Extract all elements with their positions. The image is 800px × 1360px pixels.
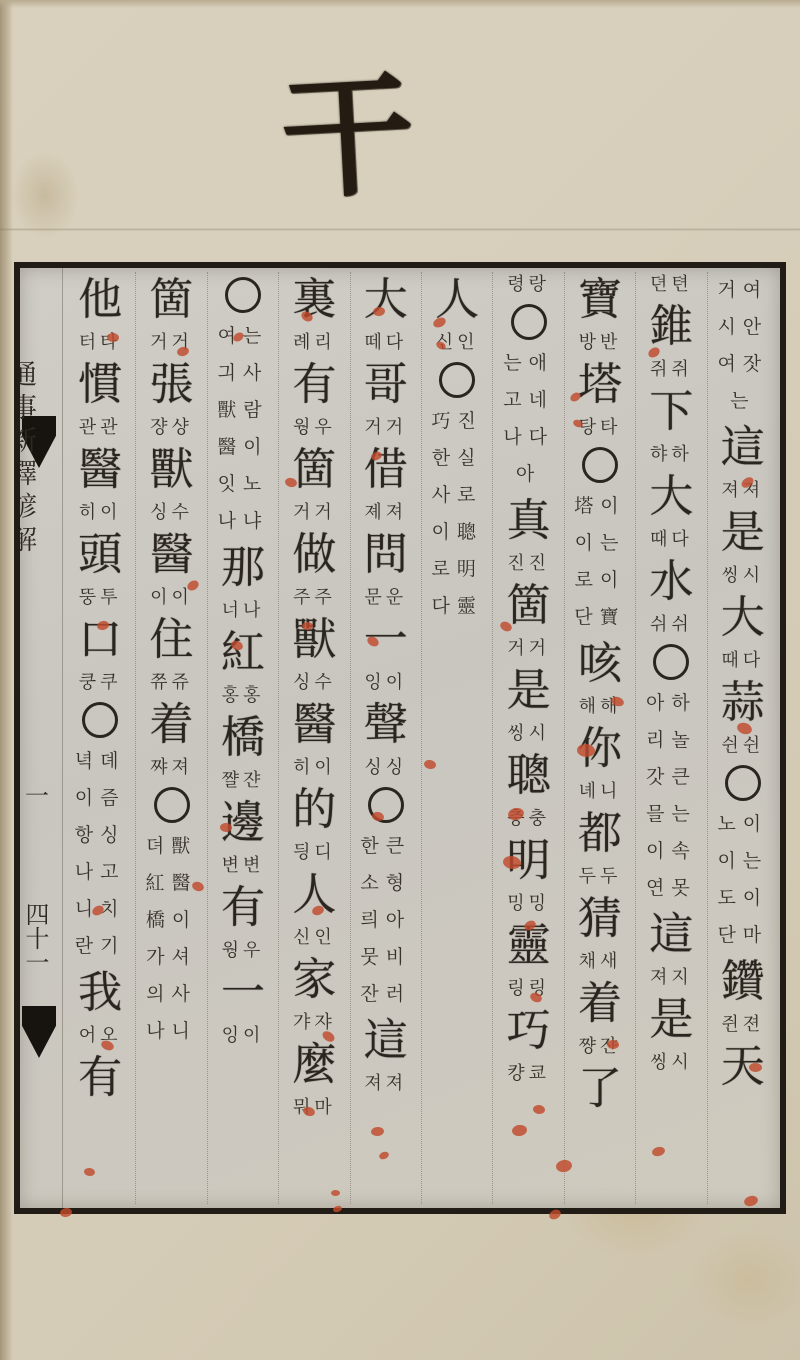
hangul-pronunciation-pair: 웡우 (293, 415, 336, 442)
spine-title: 通事新釋諺解 (20, 360, 40, 558)
hangul-pronunciation-pair: 씽시 (507, 721, 550, 748)
hangul-pronunciation-pair: 신인 (293, 925, 336, 952)
hangul-pronunciation-pair: 홍홍 (222, 683, 265, 710)
hanja-cell: 住 (150, 612, 194, 670)
text-column-5: 人신인巧진한실사로이聰로明다靈 (421, 272, 492, 1204)
hangul-translation-block: 는애고네나다아 (503, 345, 554, 493)
hangul-translation-block: 녁뎨이즘항싱나고니치란기 (75, 743, 126, 965)
hangul-pronunciation-pair: 잉이 (222, 1023, 265, 1050)
paper-crease (0, 228, 800, 231)
circle-separator (582, 447, 618, 483)
hanja-cell: 張 (150, 357, 194, 415)
lower-fishtail-mark (22, 1006, 56, 1058)
hangul-pronunciation-pair: 밍밍 (507, 891, 550, 918)
hanja-cell: 醫 (150, 527, 194, 585)
hanja-cell: 了 (578, 1061, 622, 1119)
hangul-pronunciation-pair: 히이 (293, 755, 336, 782)
hangul-pronunciation-pair: 쮸쥬 (150, 670, 193, 697)
translation-row: 뭇비 (360, 939, 411, 976)
hanja-cell: 大 (364, 272, 408, 330)
hangul-pronunciation-pair: 싱수 (150, 500, 193, 527)
hangul-translation-block: 塔이이는로이단寶 (574, 488, 625, 636)
hangul-pronunciation-pair: 거거 (150, 330, 193, 357)
hanja-cell: 人 (435, 272, 479, 330)
hangul-pronunciation-pair: 링링 (507, 976, 550, 1003)
hangul-pronunciation-pair: 져지 (650, 965, 693, 992)
translation-row: 노이 (717, 806, 768, 843)
translation-row: 고네 (503, 382, 554, 419)
text-column-3: 寶방반塔탕타塔이이는로이단寶咳해해你녜니都두두猜채새着쨩쟌了 (564, 272, 635, 1204)
hangul-pronunciation-pair: 컁쿄 (507, 1061, 550, 1088)
hangul-pronunciation-pair: 딍디 (293, 840, 336, 867)
circle-separator (225, 277, 261, 313)
translation-row: 巧진 (431, 403, 482, 440)
translation-row: 로이 (575, 562, 626, 599)
hangul-pronunciation-pair: 관관 (79, 415, 122, 442)
hangul-pronunciation-pair: 거거 (364, 415, 407, 442)
hangul-translation-block: 巧진한실사로이聰로明다靈 (431, 403, 482, 625)
hangul-pronunciation-pair: 방반 (579, 330, 622, 357)
hangul-pronunciation-pair: 문운 (364, 585, 407, 612)
hanja-cell: 蒜 (721, 675, 765, 733)
text-columns: 거여시안여잣는這져져是씽시大때다蒜쉰쉰노이이는도이단마鑽쥔젼天뎐텬錐쥐쥐下햐하大… (63, 268, 780, 1208)
translation-row: 단寶 (574, 599, 625, 636)
paper-top-edge (0, 0, 800, 8)
hanja-cell: 醫 (292, 697, 336, 755)
hanja-cell: 做 (292, 527, 336, 585)
translation-row: 이속 (646, 833, 697, 870)
circle-separator (511, 304, 547, 340)
translation-row: 나다 (503, 419, 554, 456)
hanja-cell: 這 (649, 907, 693, 965)
hanja-cell: 那 (221, 540, 265, 598)
hangul-translation-block: 여는긔사獸람醫이잇노나냐 (217, 318, 268, 540)
hangul-pronunciation-pair: 신인 (436, 330, 479, 357)
hanja-cell: 邊 (221, 795, 265, 853)
hanja-cell: 有 (78, 1050, 122, 1108)
hangul-pronunciation-pair: 어오 (79, 1023, 122, 1050)
translation-row: 의사 (146, 976, 197, 1013)
hanja-cell: 是 (507, 663, 551, 721)
hangul-pronunciation-pair: 씽시 (721, 563, 764, 590)
hanja-cell: 一 (221, 965, 265, 1023)
hanja-cell: 真 (507, 493, 551, 551)
hanja-cell: 裏 (292, 272, 336, 330)
hangul-pronunciation-pair: 히이 (79, 500, 122, 527)
hangul-pronunciation-pair: 충충 (507, 806, 550, 833)
translation-row: 塔이 (574, 488, 625, 525)
translation-row: 니치 (75, 891, 126, 928)
hanja-cell: 水 (649, 554, 693, 612)
hangul-pronunciation-pair: 쨔져 (150, 755, 193, 782)
translation-row: 란기 (75, 928, 126, 965)
circle-separator (653, 644, 689, 680)
hangul-pronunciation-pair: 해해 (579, 694, 622, 721)
hanja-cell: 的 (292, 782, 336, 840)
translation-row: 나고 (75, 854, 126, 891)
hanja-cell: 是 (649, 992, 693, 1050)
hanja-cell: 都 (578, 806, 622, 864)
hangul-pronunciation-pair: 쥐쥐 (650, 357, 693, 384)
hanja-cell: 家 (292, 952, 336, 1010)
hanja-cell: 哥 (364, 357, 408, 415)
circle-separator (368, 787, 404, 823)
hanja-cell: 獸 (292, 612, 336, 670)
translation-row: 한실 (432, 440, 483, 477)
hangul-pronunciation-pair: 져져 (721, 478, 764, 505)
volume-number: 一 (22, 776, 52, 811)
hangul-pronunciation-pair: 뎐텬 (650, 272, 693, 299)
hangul-pronunciation-pair: 졔져 (364, 500, 407, 527)
hangul-translation-block: 노이이는도이단마 (717, 806, 768, 954)
translation-row: 아 (516, 456, 541, 493)
translation-row: 이聰 (431, 514, 482, 551)
circle-separator (725, 765, 761, 801)
translation-row: 긔사 (218, 355, 269, 392)
hangul-pronunciation-pair: 녜니 (579, 779, 622, 806)
hanja-cell: 大 (721, 590, 765, 648)
hanja-cell: 人 (292, 867, 336, 925)
hangul-translation-block: 뎌獸紅醫橋이가셔의사나니 (146, 828, 198, 1050)
translation-row: 는 (730, 383, 755, 420)
translation-row: 이즘 (75, 780, 126, 817)
handwritten-character: 干 (264, 54, 433, 232)
translation-row: 獸람 (217, 392, 268, 429)
translation-row: 이는 (575, 525, 626, 562)
hangul-pronunciation-pair: 쉰쉰 (721, 733, 764, 760)
hangul-pronunciation-pair: 잉이 (364, 670, 407, 697)
hanja-cell: 獸 (150, 442, 194, 500)
translation-row: 가셔 (146, 939, 197, 976)
translation-row: 시안 (717, 309, 768, 346)
paper-stain (690, 1230, 800, 1330)
hanja-cell: 下 (649, 384, 693, 442)
hanja-cell: 咳 (578, 636, 622, 694)
hanja-cell: 明 (507, 833, 551, 891)
paper-left-edge (0, 0, 13, 1360)
hangul-pronunciation-pair: 쉬쉬 (650, 612, 693, 639)
translation-row: 로明 (431, 551, 482, 588)
translation-row: 여는 (218, 318, 269, 355)
translation-row: 나냐 (218, 503, 269, 540)
hanja-cell: 麼 (292, 1037, 336, 1095)
hangul-pronunciation-pair: 뚱투 (79, 585, 122, 612)
hangul-pronunciation-pair: 주주 (293, 585, 336, 612)
hangul-pronunciation-pair: 터타 (79, 330, 122, 357)
translation-row: 잇노 (218, 466, 269, 503)
hanja-cell: 口 (78, 612, 122, 670)
hangul-pronunciation-pair: 쨩쟌 (579, 1034, 622, 1061)
hanja-cell: 我 (78, 965, 122, 1023)
translation-row: 橋이 (146, 902, 197, 939)
hanja-cell: 大 (649, 469, 693, 527)
hangul-pronunciation-pair: 쥔젼 (721, 1012, 764, 1039)
hanja-cell: 着 (578, 976, 622, 1034)
hanja-cell: 有 (221, 880, 265, 938)
hanja-cell: 問 (364, 527, 408, 585)
hangul-pronunciation-pair: 변변 (222, 853, 265, 880)
hanja-cell: 這 (721, 420, 765, 478)
translation-row: 醫이 (217, 429, 268, 466)
translation-row: 도이 (717, 880, 768, 917)
translation-row: 여잣 (717, 346, 768, 383)
translation-row: 한큰 (360, 828, 411, 865)
text-column-1: 거여시안여잣는這져져是씽시大때다蒜쉰쉰노이이는도이단마鑽쥔젼天 (707, 272, 778, 1204)
hangul-pronunciation-pair: 령랑 (507, 272, 550, 299)
hangul-pronunciation-pair: 떼다 (364, 330, 407, 357)
translation-row: 믈는 (646, 796, 697, 833)
text-column-6: 大떼다哥거거借졔져問문운一잉이聲싱싱한큰소형릐아뭇비잔러這져져 (350, 272, 421, 1204)
hangul-pronunciation-pair: 례리 (293, 330, 336, 357)
hanja-cell: 箇 (292, 442, 336, 500)
hanja-cell: 着 (150, 697, 194, 755)
text-column-10: 他터타慣관관醫히이頭뚱투口쿵쿠녁뎨이즘항싱나고니치란기我어오有 (65, 272, 135, 1204)
text-column-7: 裏례리有웡우箇거거做주주獸싱수醫히이的딍디人신인家갸쟈麼뭐마 (278, 272, 349, 1204)
text-column-8: 여는긔사獸람醫이잇노나냐那너나紅홍홍橋쨜쟌邊변변有웡우一잉이 (207, 272, 278, 1204)
hangul-pronunciation-pair: 채새 (579, 949, 622, 976)
hangul-pronunciation-pair: 진진 (507, 551, 550, 578)
hangul-translation-block: 한큰소형릐아뭇비잔러 (360, 828, 411, 1013)
hangul-pronunciation-pair: 때다 (650, 527, 693, 554)
translation-row: 갓큰 (646, 759, 697, 796)
hangul-pronunciation-pair: 쟝샹 (150, 415, 193, 442)
hangul-pronunciation-pair: 거거 (293, 500, 336, 527)
hanja-cell: 是 (721, 505, 765, 563)
hanja-cell: 他 (78, 272, 122, 330)
circle-separator (82, 702, 118, 738)
hangul-pronunciation-pair: 갸쟈 (293, 1010, 336, 1037)
hanja-cell: 借 (364, 442, 408, 500)
hanja-cell: 這 (364, 1013, 408, 1071)
translation-row: 사로 (432, 477, 483, 514)
hangul-pronunciation-pair: 이이 (150, 585, 193, 612)
circle-separator (439, 362, 475, 398)
translation-row: 뎌獸 (146, 828, 197, 865)
translation-row: 이는 (717, 843, 768, 880)
translation-row: 紅醫 (146, 865, 198, 902)
hangul-pronunciation-pair: 두두 (579, 864, 622, 891)
hanja-cell: 你 (578, 721, 622, 779)
translation-row: 연못 (646, 870, 697, 907)
text-column-9: 箇거거張쟝샹獸싱수醫이이住쮸쥬着쨔져뎌獸紅醫橋이가셔의사나니 (135, 272, 206, 1204)
hanja-cell: 箇 (150, 272, 194, 330)
hangul-pronunciation-pair: 싱싱 (364, 755, 407, 782)
hanja-cell: 鑽 (721, 954, 765, 1012)
hangul-pronunciation-pair: 웡우 (222, 938, 265, 965)
hanja-cell: 猜 (578, 891, 622, 949)
translation-row: 릐아 (360, 902, 411, 939)
translation-row: 다靈 (431, 588, 482, 625)
hanja-cell: 天 (721, 1039, 765, 1097)
translation-row: 항싱 (75, 817, 126, 854)
hanja-cell: 錐 (649, 299, 693, 357)
hanja-cell: 慣 (78, 357, 122, 415)
translation-row: 거여 (717, 272, 768, 309)
translation-row: 는애 (503, 345, 554, 382)
hanja-cell: 一 (364, 612, 408, 670)
hanja-cell: 聲 (364, 697, 408, 755)
hanja-cell: 寶 (578, 272, 622, 330)
translation-row: 잔러 (360, 976, 411, 1013)
hanja-cell: 醫 (78, 442, 122, 500)
hanja-cell: 有 (292, 357, 336, 415)
text-column-4: 령랑는애고네나다아真진진箇거거是씽시聰충충明밍밍靈링링巧컁쿄 (492, 272, 563, 1204)
translation-row: 단마 (717, 917, 768, 954)
hanja-cell: 頭 (78, 527, 122, 585)
hangul-pronunciation-pair: 씽시 (650, 1050, 693, 1077)
hangul-pronunciation-pair: 너나 (222, 598, 265, 625)
translation-row: 소형 (360, 865, 411, 902)
hangul-translation-block: 아하리놀갓큰믈는이속연못 (646, 685, 697, 907)
hanja-cell: 橋 (221, 710, 265, 768)
circle-separator (154, 787, 190, 823)
hangul-pronunciation-pair: 햐하 (650, 442, 693, 469)
hangul-pronunciation-pair: 뭐마 (293, 1095, 336, 1122)
page-number: 四十一 (22, 878, 52, 998)
translation-row: 아하 (646, 685, 697, 722)
hangul-translation-block: 거여시안여잣는 (717, 272, 768, 420)
paper-stain (10, 150, 80, 240)
hanja-cell: 巧 (507, 1003, 551, 1061)
hangul-pronunciation-pair: 쨜쟌 (222, 768, 265, 795)
hanja-cell: 塔 (578, 357, 622, 415)
hanja-cell: 靈 (507, 918, 551, 976)
translation-row: 나니 (146, 1013, 197, 1050)
hangul-pronunciation-pair: 져져 (364, 1071, 407, 1098)
translation-row: 리놀 (646, 722, 697, 759)
hanja-cell: 箇 (507, 578, 551, 636)
hangul-pronunciation-pair: 쿵쿠 (79, 670, 122, 697)
printed-text-block: 通事新釋諺解 一 四十一 거여시안여잣는這져져是씽시大때다蒜쉰쉰노이이는도이단마… (14, 262, 786, 1214)
book-page-scan: 干 通事新釋諺解 一 四十一 거여시안여잣는這져져是씽시大때다蒜쉰쉰노이이는도이… (0, 0, 800, 1360)
hanja-cell: 聰 (507, 748, 551, 806)
hangul-pronunciation-pair: 탕타 (579, 415, 622, 442)
hangul-pronunciation-pair: 때다 (721, 648, 764, 675)
hangul-pronunciation-pair: 거거 (507, 636, 550, 663)
text-column-2: 뎐텬錐쥐쥐下햐하大때다水쉬쉬아하리놀갓큰믈는이속연못這져지是씽시 (635, 272, 706, 1204)
hanja-cell: 紅 (221, 625, 265, 683)
hangul-pronunciation-pair: 싱수 (293, 670, 336, 697)
translation-row: 녁뎨 (75, 743, 126, 780)
spine-gutter-strip: 通事新釋諺解 一 四十一 (20, 268, 63, 1208)
